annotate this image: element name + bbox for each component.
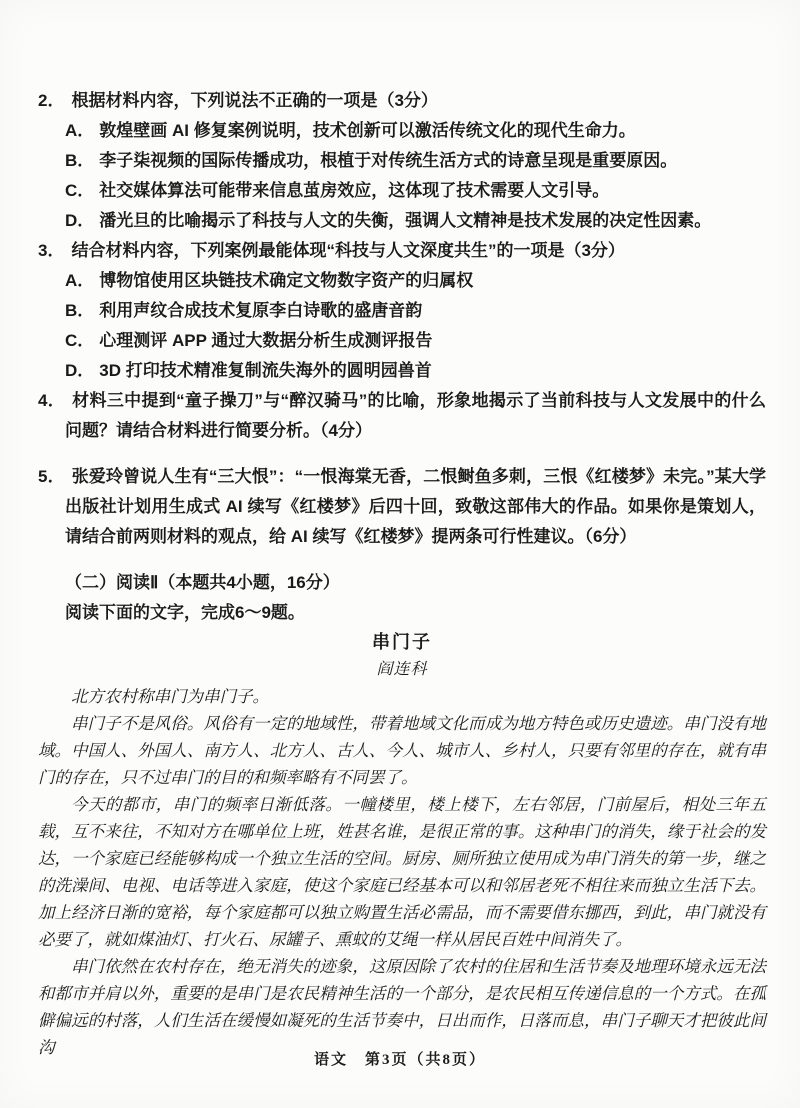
option-label: A． — [65, 271, 99, 290]
reading-section: （二）阅读Ⅱ（本题共4小题，16分） 阅读下面的文字，完成6～9题。 串门子 阎… — [38, 568, 766, 1061]
essay-body: 北方农村称串门为串门子。串门子不是风俗。风俗有一定的地域性，带着地域文化而成为地… — [38, 683, 766, 1061]
question-number: 4． — [38, 391, 72, 410]
question-option-B: B．李子柒视频的国际传播成功，根植于对传统生活方式的诗意呈现是重要原因。 — [38, 146, 766, 176]
option-text: 博物馆使用区块链技术确定文物数字资产的归属权 — [99, 271, 473, 290]
question-stem: 4．材料三中提到“童子操刀”与“醉汉骑马”的比喻，形象地揭示了当前科技与人文发展… — [38, 386, 766, 446]
option-label: D． — [65, 361, 99, 380]
option-text: 3D 打印技术精准复制流失海外的圆明园兽首 — [99, 361, 431, 380]
question-stem-text: 张爱玲曾说人生有“三大恨”：“一恨海棠无香，二恨鲥鱼多刺，三恨《红楼梦》未完。”… — [65, 467, 766, 546]
question-number: 3． — [38, 241, 71, 260]
question-stem: 3．结合材料内容，下列案例最能体现“科技与人文深度共生”的一项是（3分） — [38, 236, 766, 266]
question-stem-text: 材料三中提到“童子操刀”与“醉汉骑马”的比喻，形象地揭示了当前科技与人文发展中的… — [65, 391, 766, 440]
question-3: 3．结合材料内容，下列案例最能体现“科技与人文深度共生”的一项是（3分）A．博物… — [38, 236, 766, 386]
option-label: B． — [65, 301, 99, 320]
question-stem-text: 根据材料内容，下列说法不正确的一项是（3分） — [71, 91, 437, 110]
essay-paragraph: 串门依然在农村存在，绝无消失的迹象，这原因除了农村的住居和生活节奏及地理环境永远… — [38, 953, 766, 1061]
option-label: B． — [65, 151, 99, 170]
question-option-A: A．博物馆使用区块链技术确定文物数字资产的归属权 — [38, 266, 766, 296]
question-list: 2．根据材料内容，下列说法不正确的一项是（3分）A．敦煌壁画 AI 修复案例说明… — [38, 86, 766, 552]
question-option-D: D．潘光旦的比喻揭示了科技与人文的失衡，强调人文精神是技术发展的决定性因素。 — [38, 206, 766, 236]
question-stem-text: 结合材料内容，下列案例最能体现“科技与人文深度共生”的一项是（3分） — [71, 241, 624, 260]
option-text: 潘光旦的比喻揭示了科技与人文的失衡，强调人文精神是技术发展的决定性因素。 — [99, 211, 711, 230]
essay-author: 阎连科 — [38, 656, 766, 683]
option-text: 李子柒视频的国际传播成功，根植于对传统生活方式的诗意呈现是重要原因。 — [99, 151, 677, 170]
question-number: 5． — [38, 467, 72, 486]
essay-paragraph: 今天的都市，串门的频率日渐低落。一幢楼里，楼上楼下，左右邻居，门前屋后，相处三年… — [38, 791, 766, 953]
question-option-B: B．利用声纹合成技术复原李白诗歌的盛唐音韵 — [38, 296, 766, 326]
question-4: 4．材料三中提到“童子操刀”与“醉汉骑马”的比喻，形象地揭示了当前科技与人文发展… — [38, 386, 766, 446]
question-5: 5．张爱玲曾说人生有“三大恨”：“一恨海棠无香，二恨鲥鱼多刺，三恨《红楼梦》未完… — [38, 462, 766, 552]
section-header: （二）阅读Ⅱ（本题共4小题，16分） — [38, 568, 766, 598]
option-text: 敦煌壁画 AI 修复案例说明，技术创新可以激活传统文化的现代生命力。 — [99, 121, 635, 140]
essay-title: 串门子 — [38, 628, 766, 656]
question-option-C: C．社交媒体算法可能带来信息茧房效应，这体现了技术需要人文引导。 — [38, 176, 766, 206]
option-text: 心理测评 APP 通过大数据分析生成测评报告 — [99, 331, 432, 350]
option-label: C． — [65, 181, 99, 200]
option-label: A． — [65, 121, 99, 140]
option-label: C． — [65, 331, 99, 350]
question-option-D: D．3D 打印技术精准复制流失海外的圆明园兽首 — [38, 356, 766, 386]
question-stem: 5．张爱玲曾说人生有“三大恨”：“一恨海棠无香，二恨鲥鱼多刺，三恨《红楼梦》未完… — [38, 462, 766, 552]
question-option-A: A．敦煌壁画 AI 修复案例说明，技术创新可以激活传统文化的现代生命力。 — [38, 116, 766, 146]
option-label: D． — [65, 211, 99, 230]
option-text: 利用声纹合成技术复原李白诗歌的盛唐音韵 — [99, 301, 422, 320]
exam-page-scan: 2．根据材料内容，下列说法不正确的一项是（3分）A．敦煌壁画 AI 修复案例说明… — [0, 0, 800, 1108]
question-option-C: C．心理测评 APP 通过大数据分析生成测评报告 — [38, 326, 766, 356]
question-2: 2．根据材料内容，下列说法不正确的一项是（3分）A．敦煌壁画 AI 修复案例说明… — [38, 86, 766, 236]
page-footer: 语文 第3页（共8页） — [0, 1050, 800, 1070]
essay-paragraph: 北方农村称串门为串门子。 — [38, 683, 766, 710]
question-number: 2． — [38, 91, 71, 110]
section-instruction: 阅读下面的文字，完成6～9题。 — [38, 598, 766, 628]
essay-paragraph: 串门子不是风俗。风俗有一定的地域性，带着地域文化而成为地方特色或历史遗迹。串门没… — [38, 710, 766, 791]
question-stem: 2．根据材料内容，下列说法不正确的一项是（3分） — [38, 86, 766, 116]
option-text: 社交媒体算法可能带来信息茧房效应，这体现了技术需要人文引导。 — [99, 181, 609, 200]
exam-content: 2．根据材料内容，下列说法不正确的一项是（3分）A．敦煌壁画 AI 修复案例说明… — [0, 0, 800, 1061]
